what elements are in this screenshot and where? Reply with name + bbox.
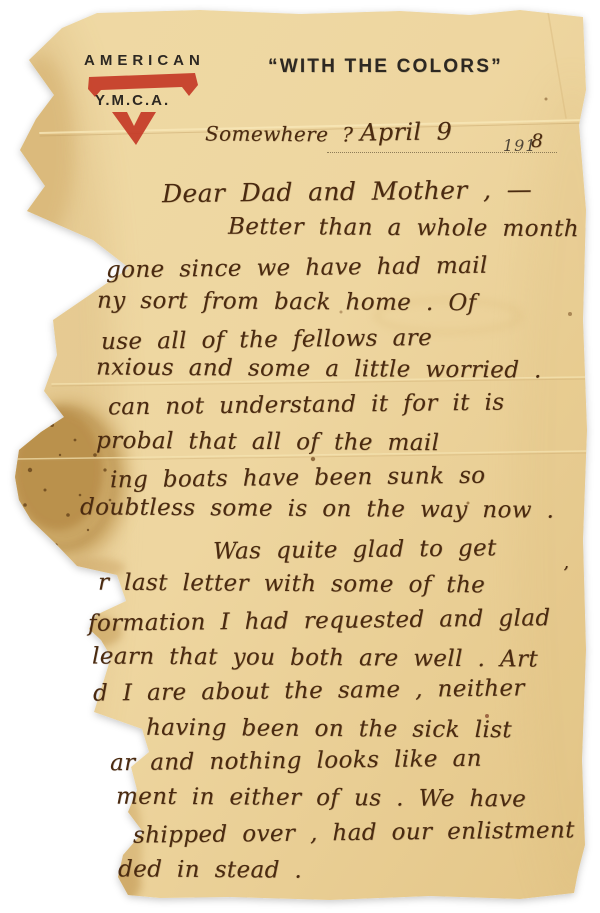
letter-line: doubtless some is on the way now .: [80, 494, 554, 523]
slogan: “WITH THE COLORS”: [268, 56, 503, 78]
letter-line: gone since we have had mail: [106, 253, 488, 284]
letter-line: r last letter with some of the: [98, 570, 485, 599]
letter-line: learn that you both are well . Art: [92, 643, 538, 672]
ymca-red-triangle-icon: [86, 70, 202, 148]
letter-line: ded in stead .: [118, 856, 302, 883]
letter-line: ing boats have been sunk so: [110, 463, 486, 494]
letter-line: nxious and some a little worried .: [96, 354, 542, 383]
letter-line: can not understand it for it is: [108, 390, 505, 421]
dateline-year-handwritten: 8: [531, 130, 544, 152]
stray-ink-mark: ’: [563, 563, 569, 584]
letter-line: formation I had requested and glad: [88, 605, 551, 637]
org-name-top: AMERICAN: [84, 52, 205, 69]
letter-text-layer: AMERICAN Y.M.C.A. “WITH THE COLORS” Some…: [0, 0, 600, 913]
scanned-letter: AMERICAN Y.M.C.A. “WITH THE COLORS” Some…: [0, 0, 600, 913]
dateline-date: April 9: [360, 117, 453, 146]
salutation: Dear Dad and Mother , —: [162, 175, 532, 209]
org-name-bottom: Y.M.C.A.: [95, 92, 170, 109]
letter-line: ny sort from back home . Of: [97, 288, 477, 317]
letter-line: Was quite glad to get: [213, 535, 497, 564]
letter-line: shipped over , had our enlistment: [133, 817, 575, 848]
letter-line: Better than a whole month: [228, 214, 579, 242]
triangle-point: [112, 112, 156, 145]
letter-line: probal that all of the mail: [96, 428, 440, 456]
letter-line: having been on the sick list: [146, 715, 512, 744]
dateline-place: Somewhere ?: [205, 121, 353, 146]
letter-line: use all of the fellows are: [101, 325, 432, 355]
letter-line: d I are about the same , neither: [93, 675, 525, 706]
letter-line: ment in either of us . We have: [116, 784, 526, 813]
letter-line: ar and nothing looks like an: [110, 746, 482, 777]
